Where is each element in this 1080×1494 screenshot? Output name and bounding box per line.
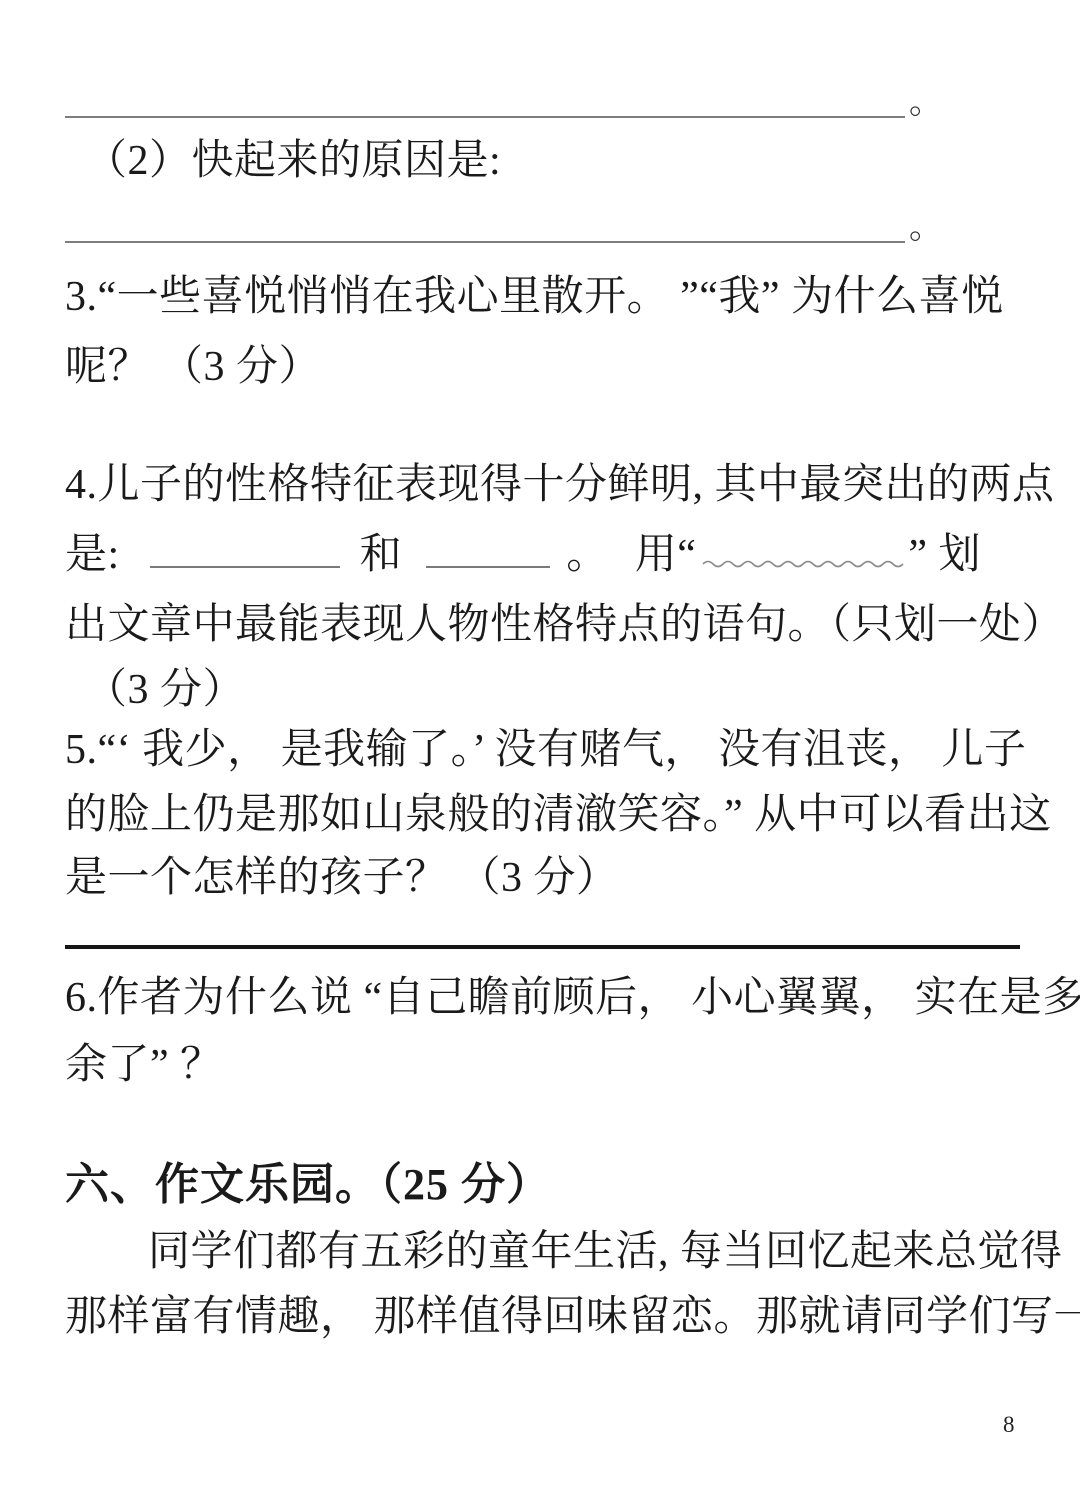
section-6-heading: 六、作文乐园。（25 分）: [65, 1160, 1025, 1210]
fill-in-blank-2: [426, 532, 550, 568]
sub-question-2-label: （2）快起来的原因是:: [85, 136, 1025, 186]
question-3-line-2: 呢？ （3 分）: [65, 342, 1025, 392]
section-6-paragraph-line-2: 那样富有情趣， 那样值得回味留恋。那就请同学们写一: [65, 1292, 1025, 1342]
question-4-close: ” 划: [908, 532, 981, 578]
question-4-line-4: （3 分）: [85, 665, 1025, 715]
answer-rule: [65, 86, 905, 118]
page-number: 8: [1003, 1412, 1015, 1438]
section-divider: [65, 945, 1020, 949]
question-3-line-1: 3.“一些喜悦悄悄在我心里散开。 ”“我” 为什么喜悦: [65, 272, 1025, 322]
section-6-paragraph-line-1: 同学们都有五彩的童年生活, 每当回忆起来总觉得: [65, 1227, 1025, 1277]
question-4-conj: 和: [360, 532, 403, 578]
question-4-line-3: 出文章中最能表现人物性格特点的语句。（只划一处）: [65, 600, 1025, 650]
answer-line-terminator: 。: [905, 213, 943, 243]
question-4-line-1: 4.儿子的性格特征表现得十分鲜明, 其中最突出的两点: [65, 460, 1025, 510]
question-5-line-3: 是一个怎样的孩子？ （3 分）: [65, 853, 1025, 903]
question-6-line-1: 6.作者为什么说 “自己瞻前顾后， 小心翼翼， 实在是多: [65, 973, 1025, 1023]
question-5-line-2: 的脸上仍是那如山泉般的清澈笑容。” 从中可以看出这: [65, 790, 1025, 840]
question-6-line-2: 余了” ？: [65, 1040, 1025, 1090]
question-5-line-1: 5.“‘ 我少， 是我输了。’ 没有赌气， 没有沮丧， 儿子: [65, 725, 1025, 775]
answer-line-terminator: 。: [905, 88, 943, 118]
fill-in-blank-1: [150, 532, 340, 568]
question-4-use: 用“: [635, 532, 697, 578]
question-4-prefix: 是:: [65, 532, 120, 578]
answer-line-2: 。: [65, 213, 943, 243]
answer-rule: [65, 211, 905, 243]
question-4-line-2: 是:和。用“” 划: [65, 530, 1025, 580]
question-4-period: 。: [566, 532, 609, 578]
wavy-underline-blank: [702, 530, 904, 580]
answer-line-1: 。: [65, 88, 943, 118]
exam-page: 。 （2）快起来的原因是: 。 3.“一些喜悦悄悄在我心里散开。 ”“我” 为什…: [0, 0, 1080, 1494]
